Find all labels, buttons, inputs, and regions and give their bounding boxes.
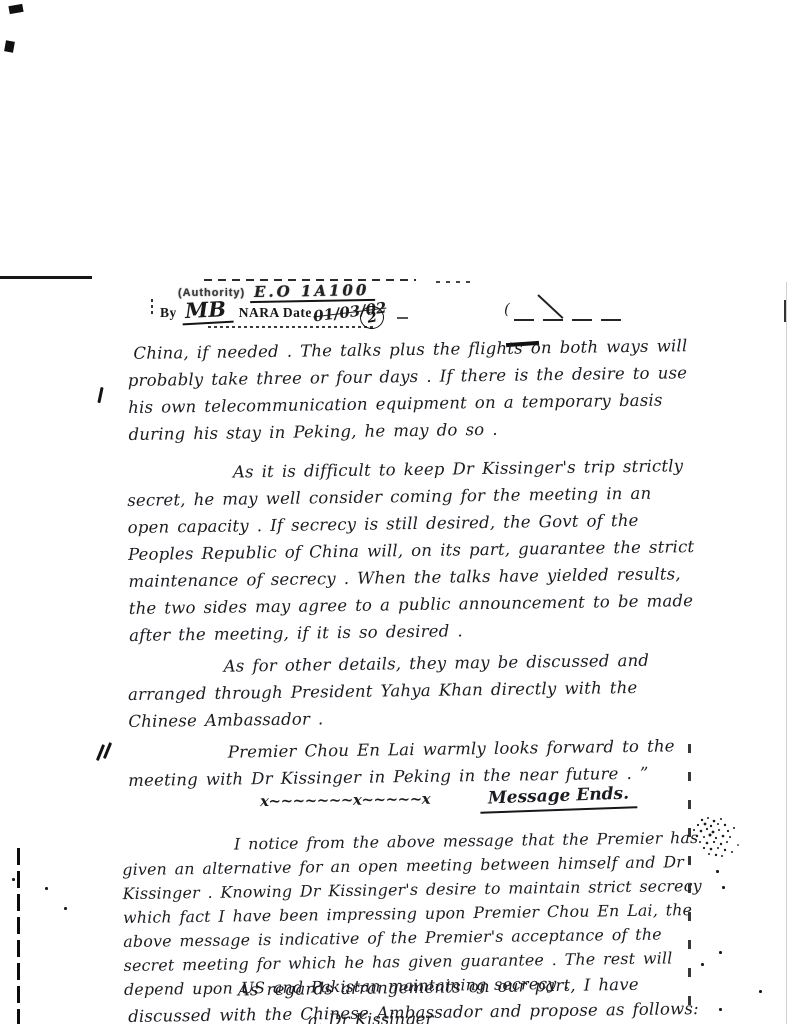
scan-dot xyxy=(45,887,48,890)
scan-dot xyxy=(719,1008,722,1011)
stamp-by-label: By xyxy=(160,305,177,320)
handwritten-paragraph-2: As it is difficult to keep Dr Kissinger'… xyxy=(127,452,702,649)
handwritten-paragraph-1: China, if needed . The talks plus the fl… xyxy=(127,332,700,448)
separator-squiggle: x~~~~~~~x~~~~~x xyxy=(260,790,430,810)
stamp-nara-label: NARA Date xyxy=(239,305,312,320)
partial-last-line: a. Dr Kissinger xyxy=(308,1009,434,1024)
scan-blob-mark xyxy=(8,4,23,14)
scan-dot xyxy=(759,990,762,993)
scan-dot xyxy=(716,870,719,873)
scan-noise-patch xyxy=(688,812,744,862)
pen-mini-dash xyxy=(397,317,408,319)
stamp-initials: MB xyxy=(181,296,233,326)
stamp-by-row: ByMBNARA Date01/03/02 xyxy=(160,297,386,324)
handwritten-paragraph-3: As for other details, they may be discus… xyxy=(127,646,708,735)
scan-dot xyxy=(64,907,67,910)
stamp-dotted-underline xyxy=(208,326,376,328)
scan-blob-mark xyxy=(4,40,15,52)
left-edge-scan-line xyxy=(17,848,20,1024)
scanned-document-page: (Authority) E.O 1A100 ByMBNARA Date01/03… xyxy=(0,0,789,1024)
scan-dot xyxy=(719,951,722,954)
stamp-dotted-mark xyxy=(151,299,153,315)
pen-dash-line xyxy=(514,319,626,321)
pen-diagonal-stroke xyxy=(537,294,563,319)
right-edge-scan-dashes xyxy=(688,744,691,1024)
scan-dot xyxy=(12,878,15,881)
scan-speck-artifact xyxy=(436,281,474,283)
pen-paren-mark: ( xyxy=(504,300,510,318)
margin-double-slash-mark xyxy=(99,744,111,764)
right-edge-faint-line xyxy=(786,282,787,1024)
scan-line-artifact xyxy=(0,276,92,279)
scan-dot xyxy=(722,886,725,889)
page-number: 2 xyxy=(366,309,378,326)
scan-dot xyxy=(701,963,704,966)
margin-tick-mark xyxy=(97,387,103,403)
message-ends-label: Message Ends. xyxy=(480,783,638,813)
